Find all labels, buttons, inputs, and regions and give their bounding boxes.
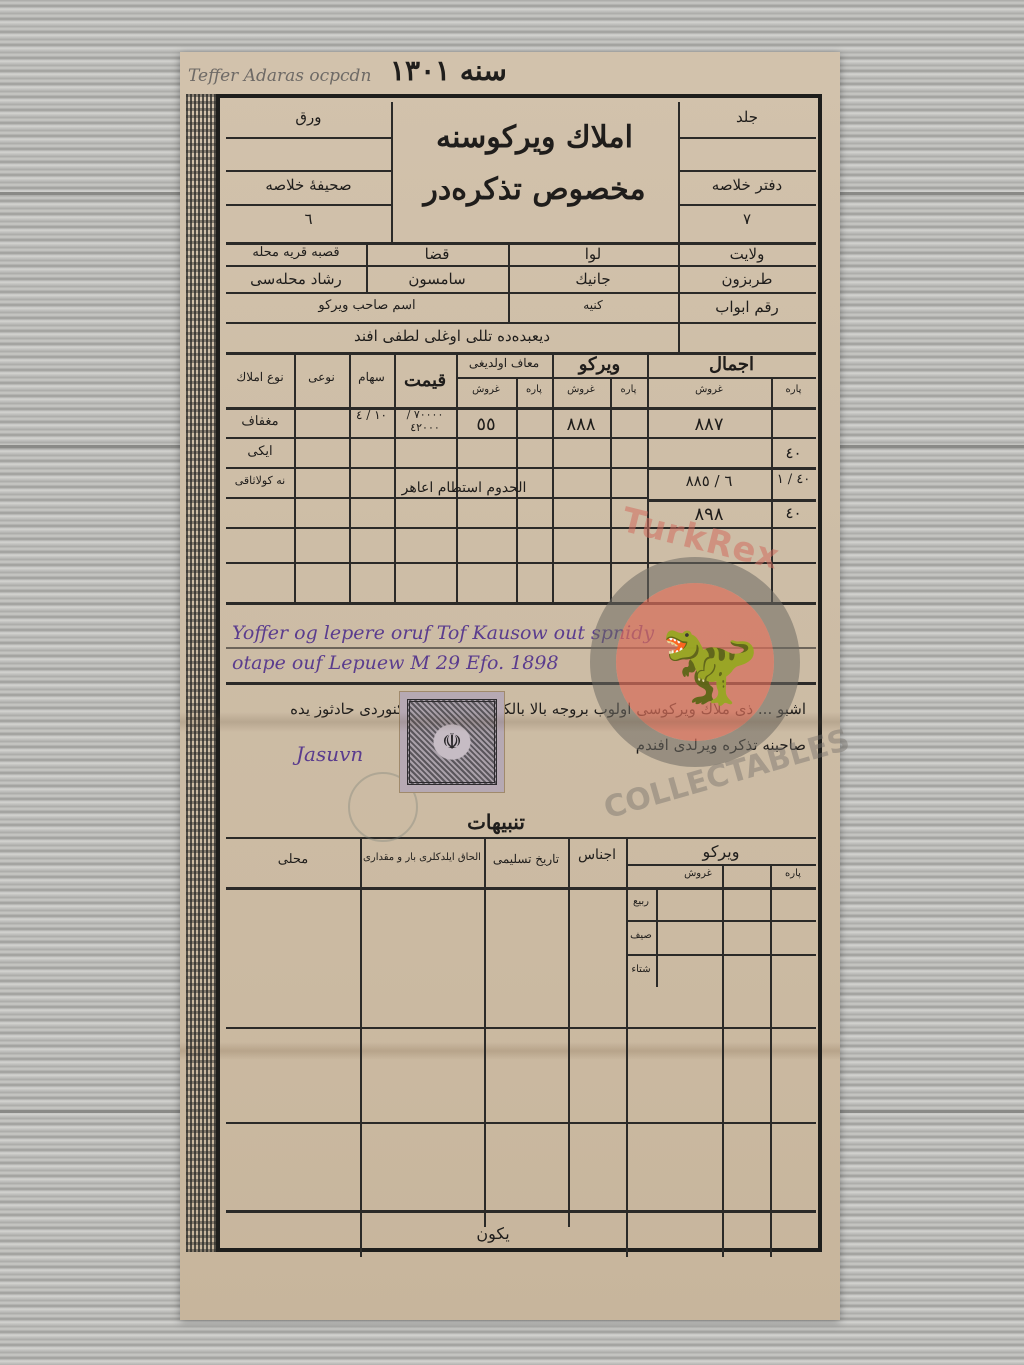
vilayet-value: طربزون [678, 270, 816, 288]
lower-sub-kurus: غروش [626, 868, 770, 879]
varak-label: ورق [226, 108, 391, 126]
col-sihem: سهام [349, 370, 394, 384]
pencil-annotation: Teffer Adaras ocpcdn [188, 66, 371, 86]
owner-label: اسم صاحب ویرکو [226, 298, 508, 313]
season-label: صیف [626, 930, 656, 941]
row1-sihem: ١٠ / ٤ [349, 408, 394, 422]
row4-para: ٤٠ [771, 504, 816, 522]
lower-col-tarih: تاریخ تسلیمی [484, 852, 568, 866]
handwritten-note-line1: Yoffer og lepere oruf Tof Kausow out spn… [232, 622, 654, 644]
col-nev: نوعی [294, 370, 349, 384]
certification-line1: اشبو ... ذی ملاك ویرکوسی اولوب بروجه بال… [246, 700, 806, 718]
row3-cins: نه کولاثاقی [226, 474, 294, 487]
row2-cins: ایکی [226, 444, 294, 459]
col-muaf: معاف اولدیغی [456, 356, 552, 370]
row1-vergi: ۸۸۸ [552, 414, 610, 435]
col-vergi: ویرکو [552, 354, 647, 375]
sub-para: پاره [610, 384, 647, 395]
footer-total-label: یکون [360, 1224, 626, 1243]
tughra-emblem-icon: ☫ [407, 699, 497, 785]
sahife-label: صحیفهٔ خلاصه [226, 176, 391, 194]
certification-line2: صاحبنه تذکره ویرلدی افندم [506, 736, 806, 754]
lower-col-bar: الحاق ایلدکلری بار و مقداری [360, 852, 484, 863]
row1-muaf: ٥٥ [456, 414, 516, 435]
vilayet-label: ولایت [678, 245, 816, 263]
kapi-label: رقم ابواب [678, 298, 816, 316]
year-heading: سنه ۱۳۰۱ [390, 54, 507, 87]
row3-para: ٤٠ / ١ [771, 472, 816, 487]
decorative-guilloche-border [186, 94, 220, 1252]
mahalle-value: رشاد محله‌سی [226, 270, 366, 288]
row3-note: الحدوم استطام اعاهر [349, 480, 579, 496]
lower-col-vergi: ویرکو [626, 842, 816, 861]
document-paper: Teffer Adaras ocpcdn سنه ۱۳۰۱ ورق صحیفهٔ… [180, 52, 840, 1320]
col-nev-emlak: نوع املاك [226, 370, 294, 384]
row3-icmal: ۸۸٦ / ٥ [647, 472, 771, 490]
season-label: ربیع [626, 896, 656, 907]
form-title-line1: املاك ویرکوسنه [391, 120, 678, 155]
form-grid: ورق صحیفهٔ خلاصه ٦ جلد دفتر خلاصه ٧ املا… [226, 102, 816, 1242]
revenue-stamp: ☫ [400, 692, 504, 792]
col-icmal: اجمال [647, 354, 816, 375]
season-label: شتاء [626, 964, 656, 975]
lower-col-ecnas: اجناس [568, 847, 626, 863]
sub-kurus: غروش [552, 384, 610, 395]
row1-icmal: ۸۸۷ [647, 414, 771, 435]
kunye-label: کنیه [508, 298, 678, 312]
form-title-line2: مخصوص تذکره‌در [391, 172, 678, 207]
sub-para: پاره [771, 384, 816, 395]
sub-kurus: غروش [647, 384, 771, 395]
cilt-label: جلد [678, 108, 816, 126]
sub-para: پاره [516, 384, 552, 395]
sub-kurus: غروش [456, 384, 516, 395]
sahife-value: ٦ [226, 210, 391, 228]
lower-sub-para: پاره [770, 868, 816, 879]
defter-label: دفتر خلاصه [678, 176, 816, 194]
kaza-label: قضا [366, 245, 508, 263]
row4-icmal: ۸۹۸ [647, 504, 771, 525]
owner-value: دیعبده‌ده تللی اوغلی لطفی افند [226, 327, 678, 345]
liva-label: لوا [508, 245, 678, 263]
kaza-value: سامسون [366, 270, 508, 288]
row1-cins: مغفاف [226, 414, 294, 429]
signature: Jasuvn [296, 742, 363, 766]
handwritten-note-line2: otape ouf Lepuew M 29 Efo. 1898 [232, 652, 559, 674]
row1-kiymet: ٧٠٠٠٠ / ٤٢٠٠٠ [394, 408, 456, 434]
liva-value: جانیك [508, 270, 678, 288]
col-kiymet: قیمت [394, 370, 456, 391]
defter-value: ٧ [678, 210, 816, 228]
lower-section-title: تنبیهات [426, 810, 566, 834]
lower-col-mahal: محلی [226, 852, 360, 867]
row2-para: ٤٠ [771, 444, 816, 462]
mahalle-label: قصبه قریه محله [226, 245, 366, 260]
